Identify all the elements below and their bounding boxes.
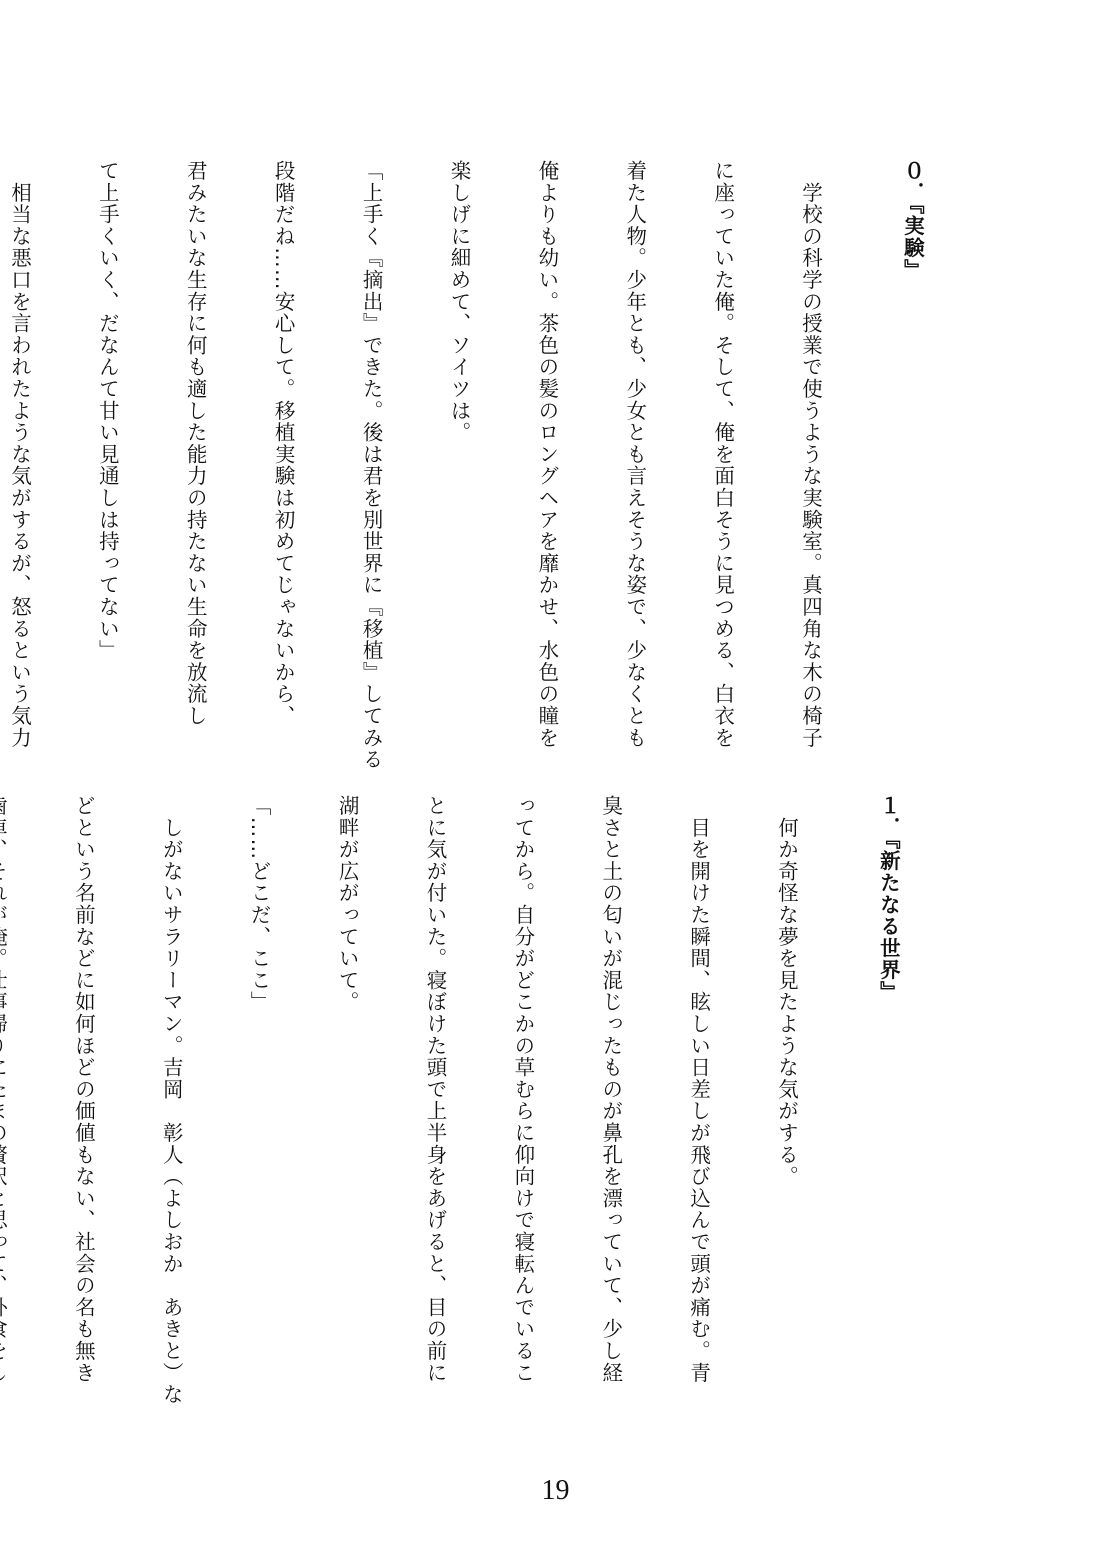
text-line: に座っていた俺。そして、俺を面白そうに見つめる、白衣を [707,160,736,760]
page-number: 19 [0,1475,1111,1507]
text-line: 「……どこだ、ここ」 [244,795,273,1395]
text-line: とに気が付いた。寝ぼけた頭で上半身をあげると、目の前に [420,795,449,1395]
text-line: 俺よりも幼い。茶色の髪のロングヘアを靡かせ、水色の瞳を [532,160,561,760]
text-line: 湖畔が広がっていて。 [332,795,361,1395]
text-line: 何か奇怪な夢を見たような気がする。 [771,795,800,1395]
text-line: 歯車、それが俺。仕事帰りにたまの贅沢と思って、外食をし [0,795,10,1395]
section-1: １．『新たなる世界』 何か奇怪な夢を見たような気がする。 目を開けた瞬間、眩しい… [201,795,961,1395]
text-line: 段階だね……安心して。移植実験は初めてじゃないから、 [268,160,297,760]
section-heading: １．『新たなる世界』 [873,795,902,1395]
text-line: 臭さと土の匂いが混じったものが鼻孔を漂っていて、少し経 [595,795,624,1395]
text-line: 君みたいな生存に何も適した能力の持たない生命を放流し [180,160,209,760]
text-line: どという名前などに如何ほどの価値もない、社会の名も無き [68,795,97,1395]
text-line: 学校の科学の授業で使うような実験室。真四角な木の椅子 [795,160,824,760]
text-line: 目を開けた瞬間、眩しい日差しが飛び込んで頭が痛む。青 [683,795,712,1395]
text-line: ってから。自分がどこかの草むらに仰向けで寝転んでいるこ [508,795,537,1395]
text-line: 楽しげに細めて、ソイツは。 [444,160,473,760]
text-line: 「上手く『摘出』できた。後は君を別世界に『移植』してみる [356,160,385,760]
text-line: 着た人物。少年とも、少女とも言えそうな姿で、少なくとも [619,160,648,760]
text-line: て上手くいく、だなんて甘い見通しは持ってない」 [92,160,121,760]
section-heading: ０．『実験』 [897,160,926,760]
section-0: ０．『実験』 学校の科学の授業で使うような実験室。真四角な木の椅子 に座っていた… [225,160,985,760]
text-line: 相当な悪口を言われたような気がするが、怒るという気力 [4,160,33,760]
text-line: しがないサラリーマン。吉岡 彰人（よしおか あきと）な [156,795,185,1395]
